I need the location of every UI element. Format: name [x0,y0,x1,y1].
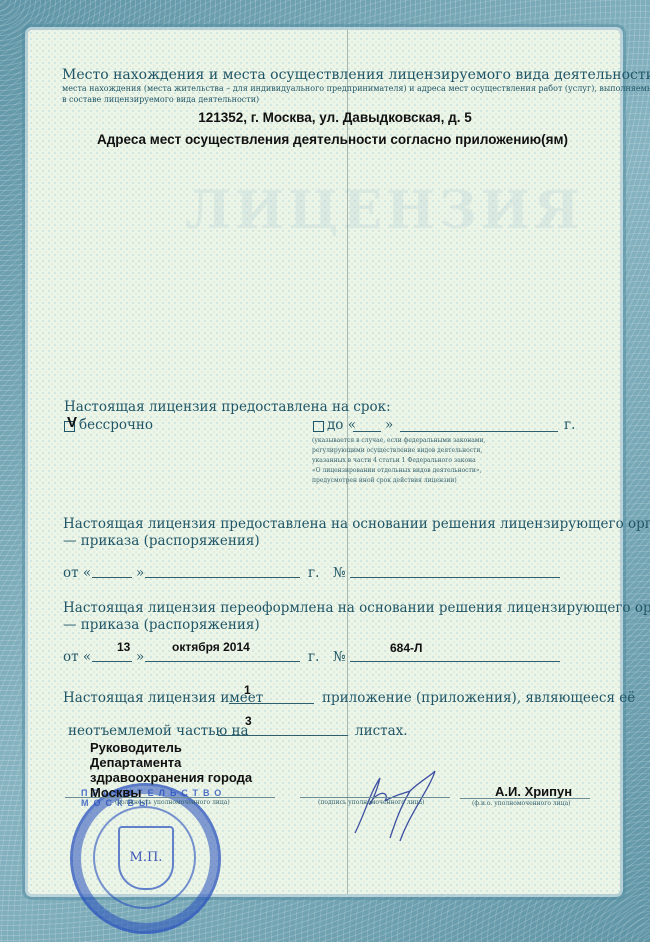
attachments-suffix: приложение (приложения), являющееся её [322,690,635,706]
until-year-suffix: г. [564,417,575,433]
granted-number-line[interactable] [350,577,560,578]
reissued-number-line[interactable] [350,661,560,662]
until-day-line[interactable] [353,431,381,432]
unlimited-label: бессрочно [79,417,153,433]
signature-caption: (подпись уполномоченного лица) [318,799,424,806]
sheets-count-line[interactable] [218,735,348,736]
reissued-heading-2: — приказа (распоряжения) [63,617,260,633]
name-line [460,798,590,799]
sheets-prefix: неотъемлемой частью на [68,723,249,739]
until-note-line: регулирующими осуществление видов деятел… [312,446,485,456]
until-note-line: «О лицензировании отдельных видов деятел… [312,466,485,476]
signer-position: Руководитель Департамента здравоохранени… [90,740,252,800]
name-caption: (ф.и.о. уполномоченного лица) [472,800,571,807]
signer-name: А.И. Хрипун [495,784,572,799]
address-value: 121352, г. Москва, ул. Давыдковская, д. … [0,110,650,125]
granted-heading-2: — приказа (распоряжения) [63,533,260,549]
reissued-day: 13 [117,640,130,654]
reissued-year-suffix: г. [308,649,319,665]
reissued-heading-1: Настоящая лицензия переоформлена на осно… [63,600,650,616]
check-mark-icon: V [67,414,77,431]
attachments-count-line[interactable] [229,703,314,704]
location-heading-text: Место нахождения и места осуществления л… [62,67,650,83]
signer-position-line: здравоохранения города [90,770,252,785]
reissued-month-year: октября 2014 [172,640,250,654]
granted-close-quote: » [136,565,144,581]
attachments-count: 1 [244,683,251,697]
until-label: до « [327,417,356,433]
reissued-date-line[interactable] [145,661,300,662]
term-heading: Настоящая лицензия предоставлена на срок… [64,399,391,415]
moscow-coat-of-arms-icon: М.П. [118,826,174,890]
reissued-number-label: № [333,649,346,665]
position-line [65,797,275,798]
sheets-suffix: листах. [355,723,408,739]
granted-number-label: № [333,565,346,581]
granted-day-line[interactable] [92,577,132,578]
until-checkbox[interactable] [313,421,324,432]
until-note-line: указанных в части 4 статьи 1 Федеральног… [312,456,485,466]
signer-position-line: Департамента [90,755,252,770]
location-note-2: места нахождения (места жительства – для… [62,83,592,94]
signer-position-line: Руководитель [90,740,252,755]
granted-heading-1: Настоящая лицензия предоставлена на осно… [63,516,650,532]
granted-from-label: от « [63,565,91,581]
reissued-close-quote: » [136,649,144,665]
sheets-count: 3 [245,714,252,728]
until-note-line: предусмотрен иной срок действия лицензии… [312,476,485,486]
watermark-text: ЛИЦЕНЗИЯ [185,180,465,240]
address-note: Адреса мест осуществления деятельности с… [0,132,650,147]
reissued-day-line[interactable] [92,661,132,662]
granted-year-suffix: г. [308,565,319,581]
signature-line [300,797,450,798]
until-note-line: (указывается в случае, если федеральными… [312,436,485,446]
granted-date-line[interactable] [145,577,300,578]
until-date-line[interactable] [400,431,558,432]
location-note-3: в составе лицензируемого вида деятельнос… [62,94,259,105]
until-note: (указывается в случае, если федеральными… [312,436,485,486]
location-heading: Место нахождения и места осуществления л… [62,67,650,83]
reissued-from-label: от « [63,649,91,665]
reissued-number: 684-Л [390,641,422,655]
position-caption: (должность уполномоченного лица) [115,799,230,806]
until-close-quote: » [385,417,393,433]
